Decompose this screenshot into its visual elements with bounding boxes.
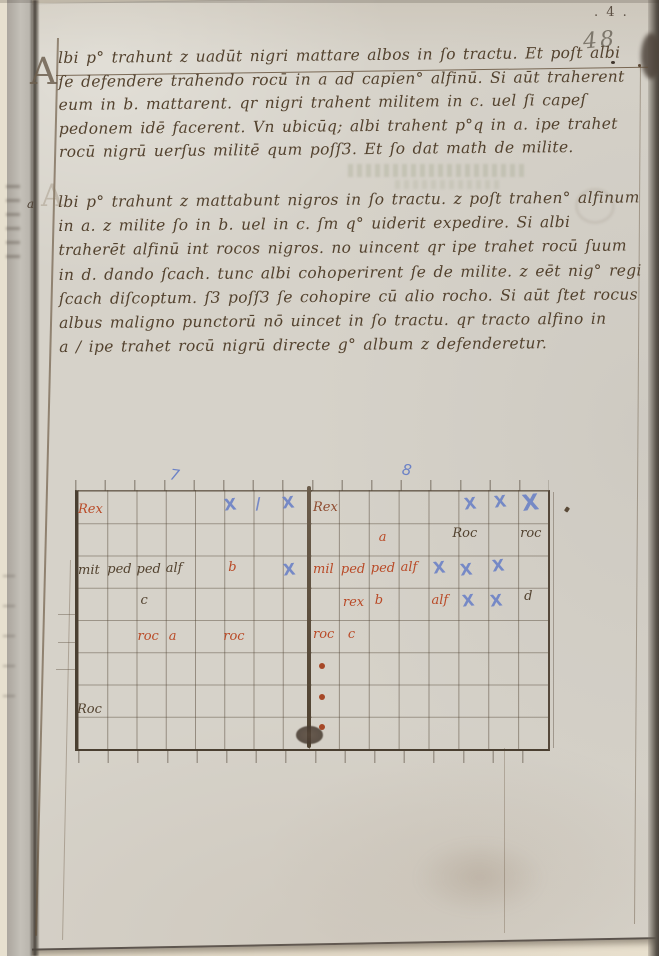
board-piece-ped: ped xyxy=(107,562,131,577)
board-divider-line xyxy=(307,486,311,748)
board-piece-alf: alf xyxy=(401,560,418,575)
board-piece-ped: ped xyxy=(137,562,161,577)
stain xyxy=(415,840,545,915)
board-right-double-line xyxy=(553,492,554,748)
board-piece-rex: Rex xyxy=(78,502,103,517)
paragraph-1: lbi p° trahunt z uadūt nigri mattare alb… xyxy=(58,41,644,165)
paragraph-2: lbi p° trahunt z mattabunt nigros in ſo … xyxy=(58,185,644,359)
grid-line-overshoot xyxy=(58,642,76,643)
board-piece-d: d xyxy=(524,589,532,604)
board-piece-a: a xyxy=(169,629,177,644)
board-piece-roc: roc xyxy=(223,629,244,644)
board-piece-x: X xyxy=(282,559,296,579)
board-piece-x: X xyxy=(459,559,473,579)
board-piece-x: X xyxy=(491,555,505,575)
board-piece-x: X xyxy=(223,494,237,514)
board-piece-x: X xyxy=(432,557,446,577)
board-piece-rex: Rex xyxy=(313,500,338,515)
board-piece-mit: mit xyxy=(78,563,100,578)
board-piece-alf: alf xyxy=(432,593,449,608)
page-top-edge xyxy=(0,0,659,3)
board-piece-alf: alf xyxy=(166,561,183,576)
board-piece-rex: rex xyxy=(343,595,364,610)
board-piece-roc: roc xyxy=(313,627,334,642)
grid-line-overshoot xyxy=(58,614,76,615)
ink-blob xyxy=(641,33,659,79)
grid-line-overshoot xyxy=(56,669,76,670)
board-piece-a: a xyxy=(379,530,387,545)
facing-page-edge xyxy=(7,0,32,956)
board-piece-roc: Roc xyxy=(77,702,102,717)
folio-mark: . 4 . xyxy=(594,5,629,20)
text-line: a / ipe trahet rocū nigrū directe g° alb… xyxy=(59,331,644,360)
chess-board-left xyxy=(75,490,312,751)
board-piece-x: X xyxy=(489,590,503,610)
board-piece-x: X xyxy=(521,490,540,517)
board-piece-b: b xyxy=(375,593,383,608)
manuscript-photo: . 4 . 48 A lbi p° trahunt z uadūt nigri … xyxy=(0,0,659,956)
grid-tick-marks-bottom xyxy=(78,749,548,763)
board-piece-b: b xyxy=(228,560,236,575)
board-piece-roc: Roc xyxy=(452,526,477,541)
board-piece-ped: ped xyxy=(371,561,395,576)
board-piece-ped: ped xyxy=(341,562,365,577)
text-line: albus maligno punctorū nō uincet in ſo t… xyxy=(59,306,644,335)
fold-line xyxy=(504,748,505,933)
chess-board-right xyxy=(309,490,550,751)
board-dot xyxy=(319,724,325,730)
board-piece-c: c xyxy=(348,627,355,642)
initial-guide-letter: a xyxy=(27,197,34,211)
board-piece-roc: roc xyxy=(520,526,541,541)
show-through-text xyxy=(348,164,526,177)
board-piece-x: X xyxy=(463,493,477,513)
page-right-edge xyxy=(648,0,659,956)
board-piece-x: X xyxy=(281,492,295,512)
board-piece-mil: mil xyxy=(313,562,334,577)
board-dot xyxy=(319,694,325,700)
board-piece-c: c xyxy=(141,593,148,608)
board-piece-roc: roc xyxy=(138,629,159,644)
board-piece-x: X xyxy=(461,590,475,610)
gutter-ghost-writing xyxy=(6,185,20,265)
gutter-ghost-writing xyxy=(3,575,15,725)
board-piece-x: X xyxy=(493,491,507,511)
initial-capital-A: A xyxy=(30,50,57,93)
